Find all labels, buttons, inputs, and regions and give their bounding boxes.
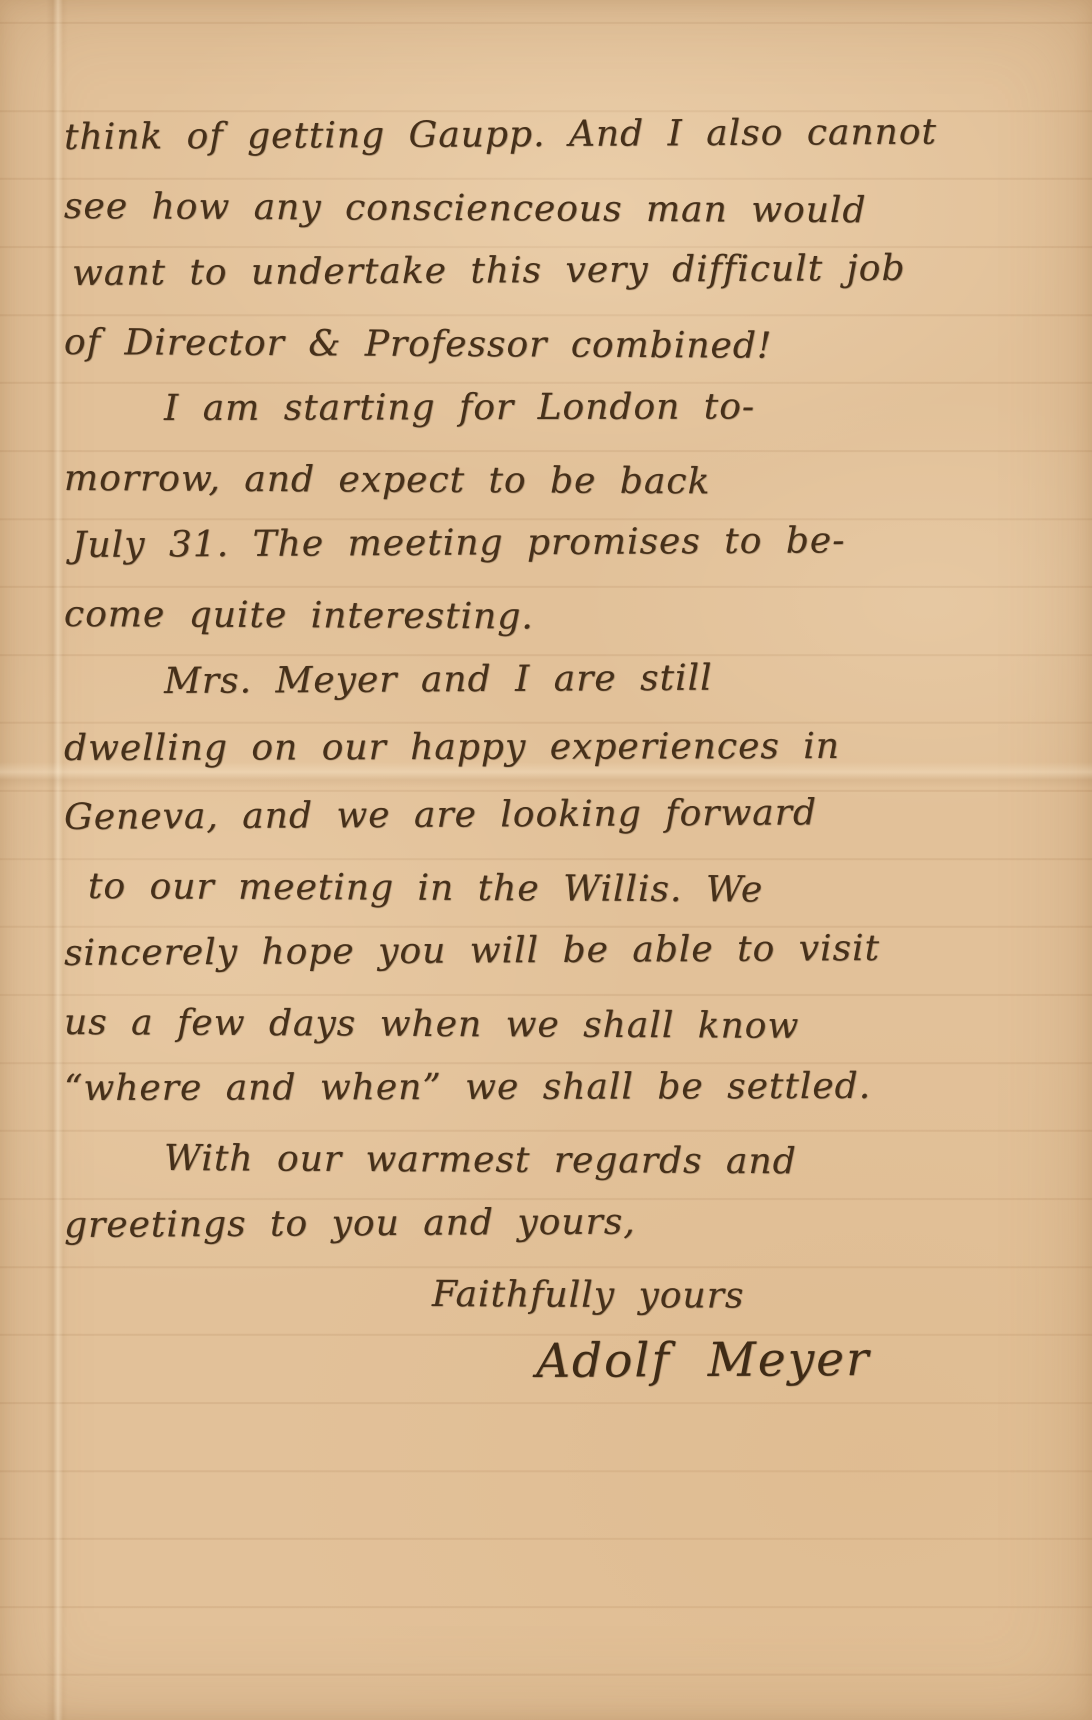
signature-name: Adolf Meyer [536,1325,1052,1396]
letter-line: Geneva, and we are looking forward [64,778,1052,852]
letter-line: dwelling on our happy experiences in [64,712,1052,783]
closing-line: Faithfully yours [432,1261,1052,1332]
letter-body: think of getting Gaupp. And I also canno… [64,104,1052,1396]
letter-line: I am starting for London to- [164,373,1052,443]
letter-line: Mrs. Meyer and I are still [164,643,1052,716]
letter-line: July 31. The meeting promises to be- [72,506,1052,580]
letter-line: think of getting Gaupp. And I also canno… [64,98,1052,172]
letter-line: sincerely hope you will be able to visit [64,914,1052,988]
letter-line: of Director & Professor combined! [64,309,1052,382]
letter-paper: think of getting Gaupp. And I also canno… [0,0,1092,1720]
letter-line: want to undertake this very difficult jo… [72,234,1052,308]
letter-line: us a few days when we shall know [64,989,1052,1062]
letter-line: greetings to you and yours, [64,1186,1052,1260]
letter-line: “where and when” we shall be settled. [64,1052,1052,1123]
